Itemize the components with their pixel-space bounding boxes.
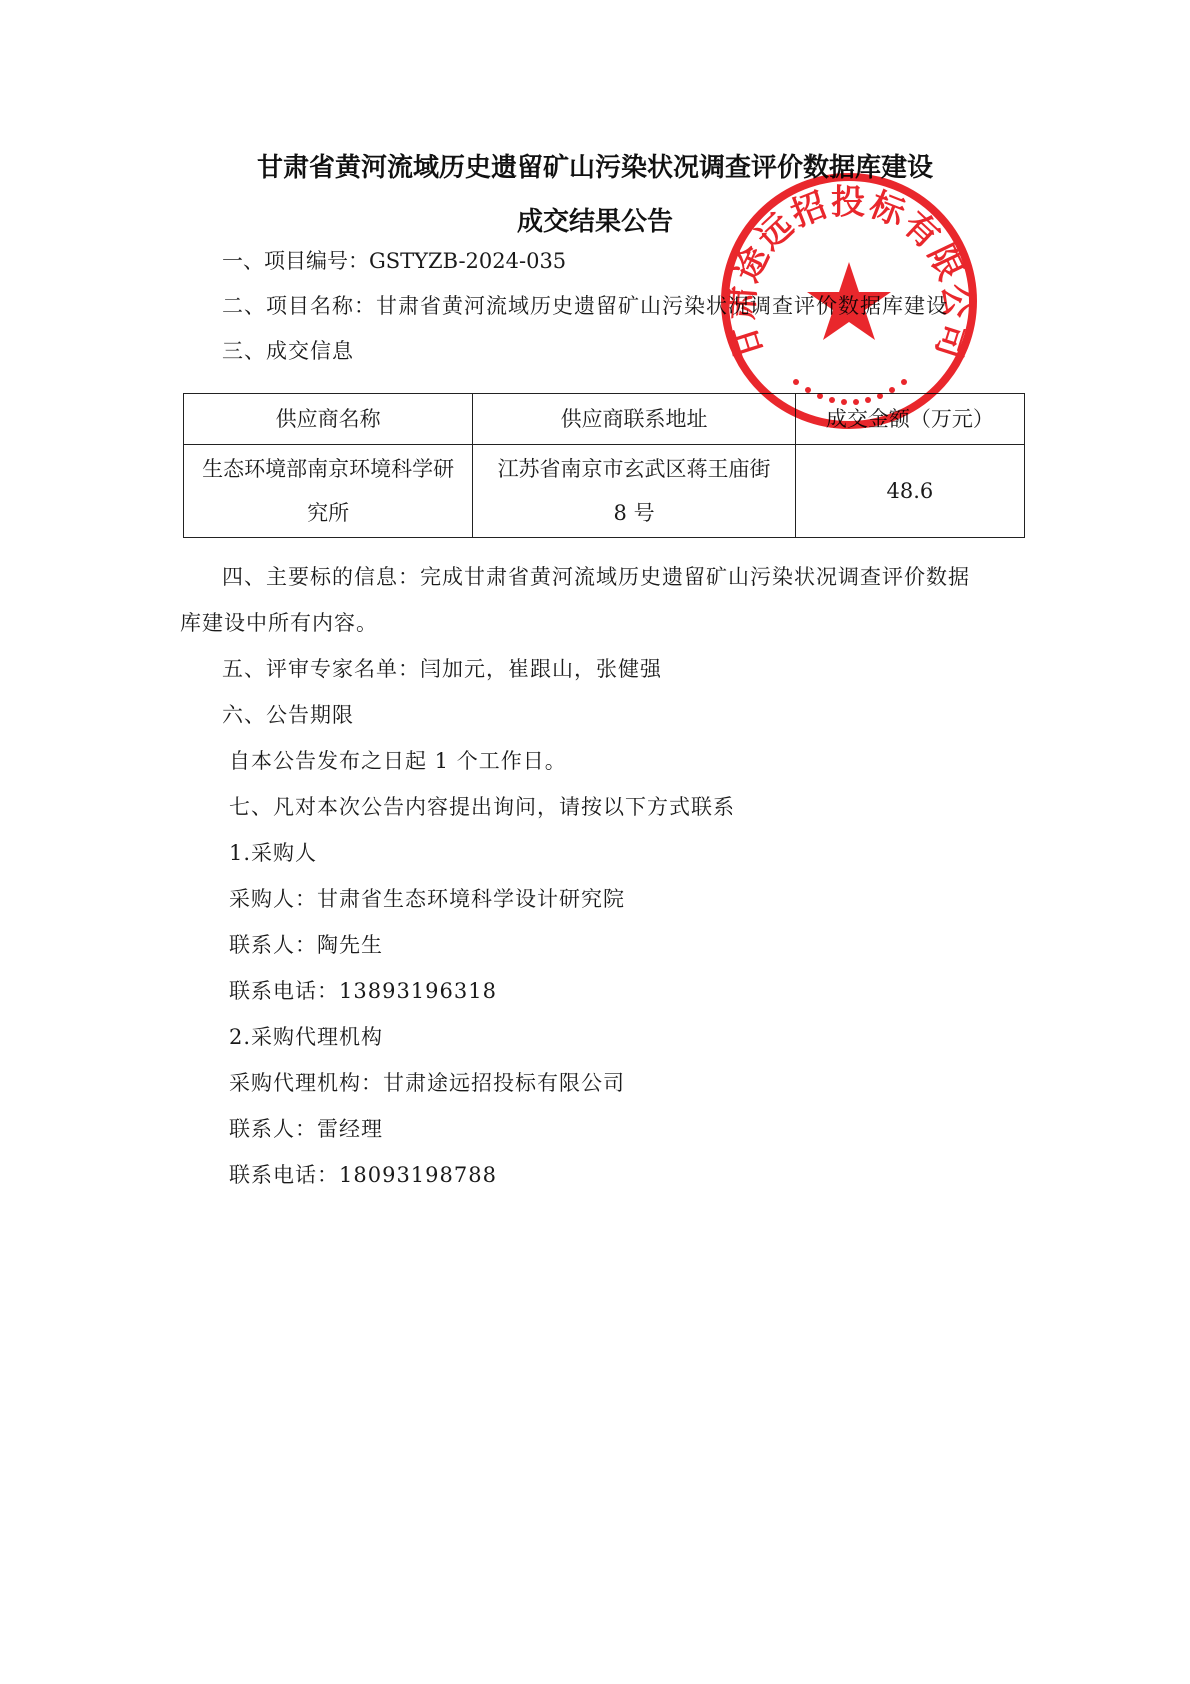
table-header-row: 供应商名称 供应商联系地址 成交金额（万元） — [184, 394, 1025, 445]
supplier-address-line2: 8 号 — [475, 491, 793, 535]
announcement-page: 甘肃省黄河流域历史遗留矿山污染状况调查评价数据库建设 成交结果公告 一、项目编号… — [0, 0, 1190, 1684]
table-row: 生态环境部南京环境科学研 究所 江苏省南京市玄武区蒋王庙街 8 号 48.6 — [184, 445, 1025, 538]
period-text: 自本公告发布之日起 1 个工作日。 — [229, 745, 567, 775]
header-supplier-address: 供应商联系地址 — [473, 394, 796, 445]
purchaser-contact: 联系人：陶先生 — [229, 929, 383, 959]
subject-info-line1: 四、主要标的信息：完成甘肃省黄河流域历史遗留矿山污染状况调查评价数据 — [222, 561, 970, 591]
deal-table: 供应商名称 供应商联系地址 成交金额（万元） 生态环境部南京环境科学研 究所 江… — [183, 393, 1025, 538]
agency-heading: 2.采购代理机构 — [229, 1021, 383, 1051]
supplier-address-cell: 江苏省南京市玄武区蒋王庙街 8 号 — [473, 445, 796, 538]
supplier-name-line1: 生态环境部南京环境科学研 — [186, 447, 470, 491]
agency-name: 采购代理机构：甘肃途远招投标有限公司 — [229, 1067, 625, 1097]
contact-heading: 七、凡对本次公告内容提出询问，请按以下方式联系 — [229, 791, 735, 821]
purchaser-heading: 1.采购人 — [229, 837, 317, 867]
project-number: 一、项目编号：GSTYZB-2024-035 — [222, 245, 566, 275]
deal-info-heading: 三、成交信息 — [222, 335, 354, 365]
project-name: 二、项目名称：甘肃省黄河流域历史遗留矿山污染状况调查评价数据库建设 — [222, 290, 948, 320]
document-title: 甘肃省黄河流域历史遗留矿山污染状况调查评价数据库建设 — [0, 147, 1190, 184]
subject-info-line2: 库建设中所有内容。 — [180, 607, 378, 637]
period-heading: 六、公告期限 — [222, 699, 354, 729]
agency-contact: 联系人：雷经理 — [229, 1113, 383, 1143]
deal-amount-cell: 48.6 — [795, 445, 1024, 538]
supplier-address-line1: 江苏省南京市玄武区蒋王庙街 — [475, 447, 793, 491]
document-subtitle: 成交结果公告 — [0, 201, 1190, 238]
supplier-name-cell: 生态环境部南京环境科学研 究所 — [184, 445, 473, 538]
purchaser-name: 采购人：甘肃省生态环境科学设计研究院 — [229, 883, 625, 913]
agency-phone: 联系电话：18093198788 — [229, 1159, 497, 1189]
header-deal-amount: 成交金额（万元） — [795, 394, 1024, 445]
supplier-name-line2: 究所 — [186, 491, 470, 535]
header-supplier-name: 供应商名称 — [184, 394, 473, 445]
purchaser-phone: 联系电话：13893196318 — [229, 975, 497, 1005]
review-experts: 五、评审专家名单：闫加元，崔跟山，张健强 — [222, 653, 662, 683]
